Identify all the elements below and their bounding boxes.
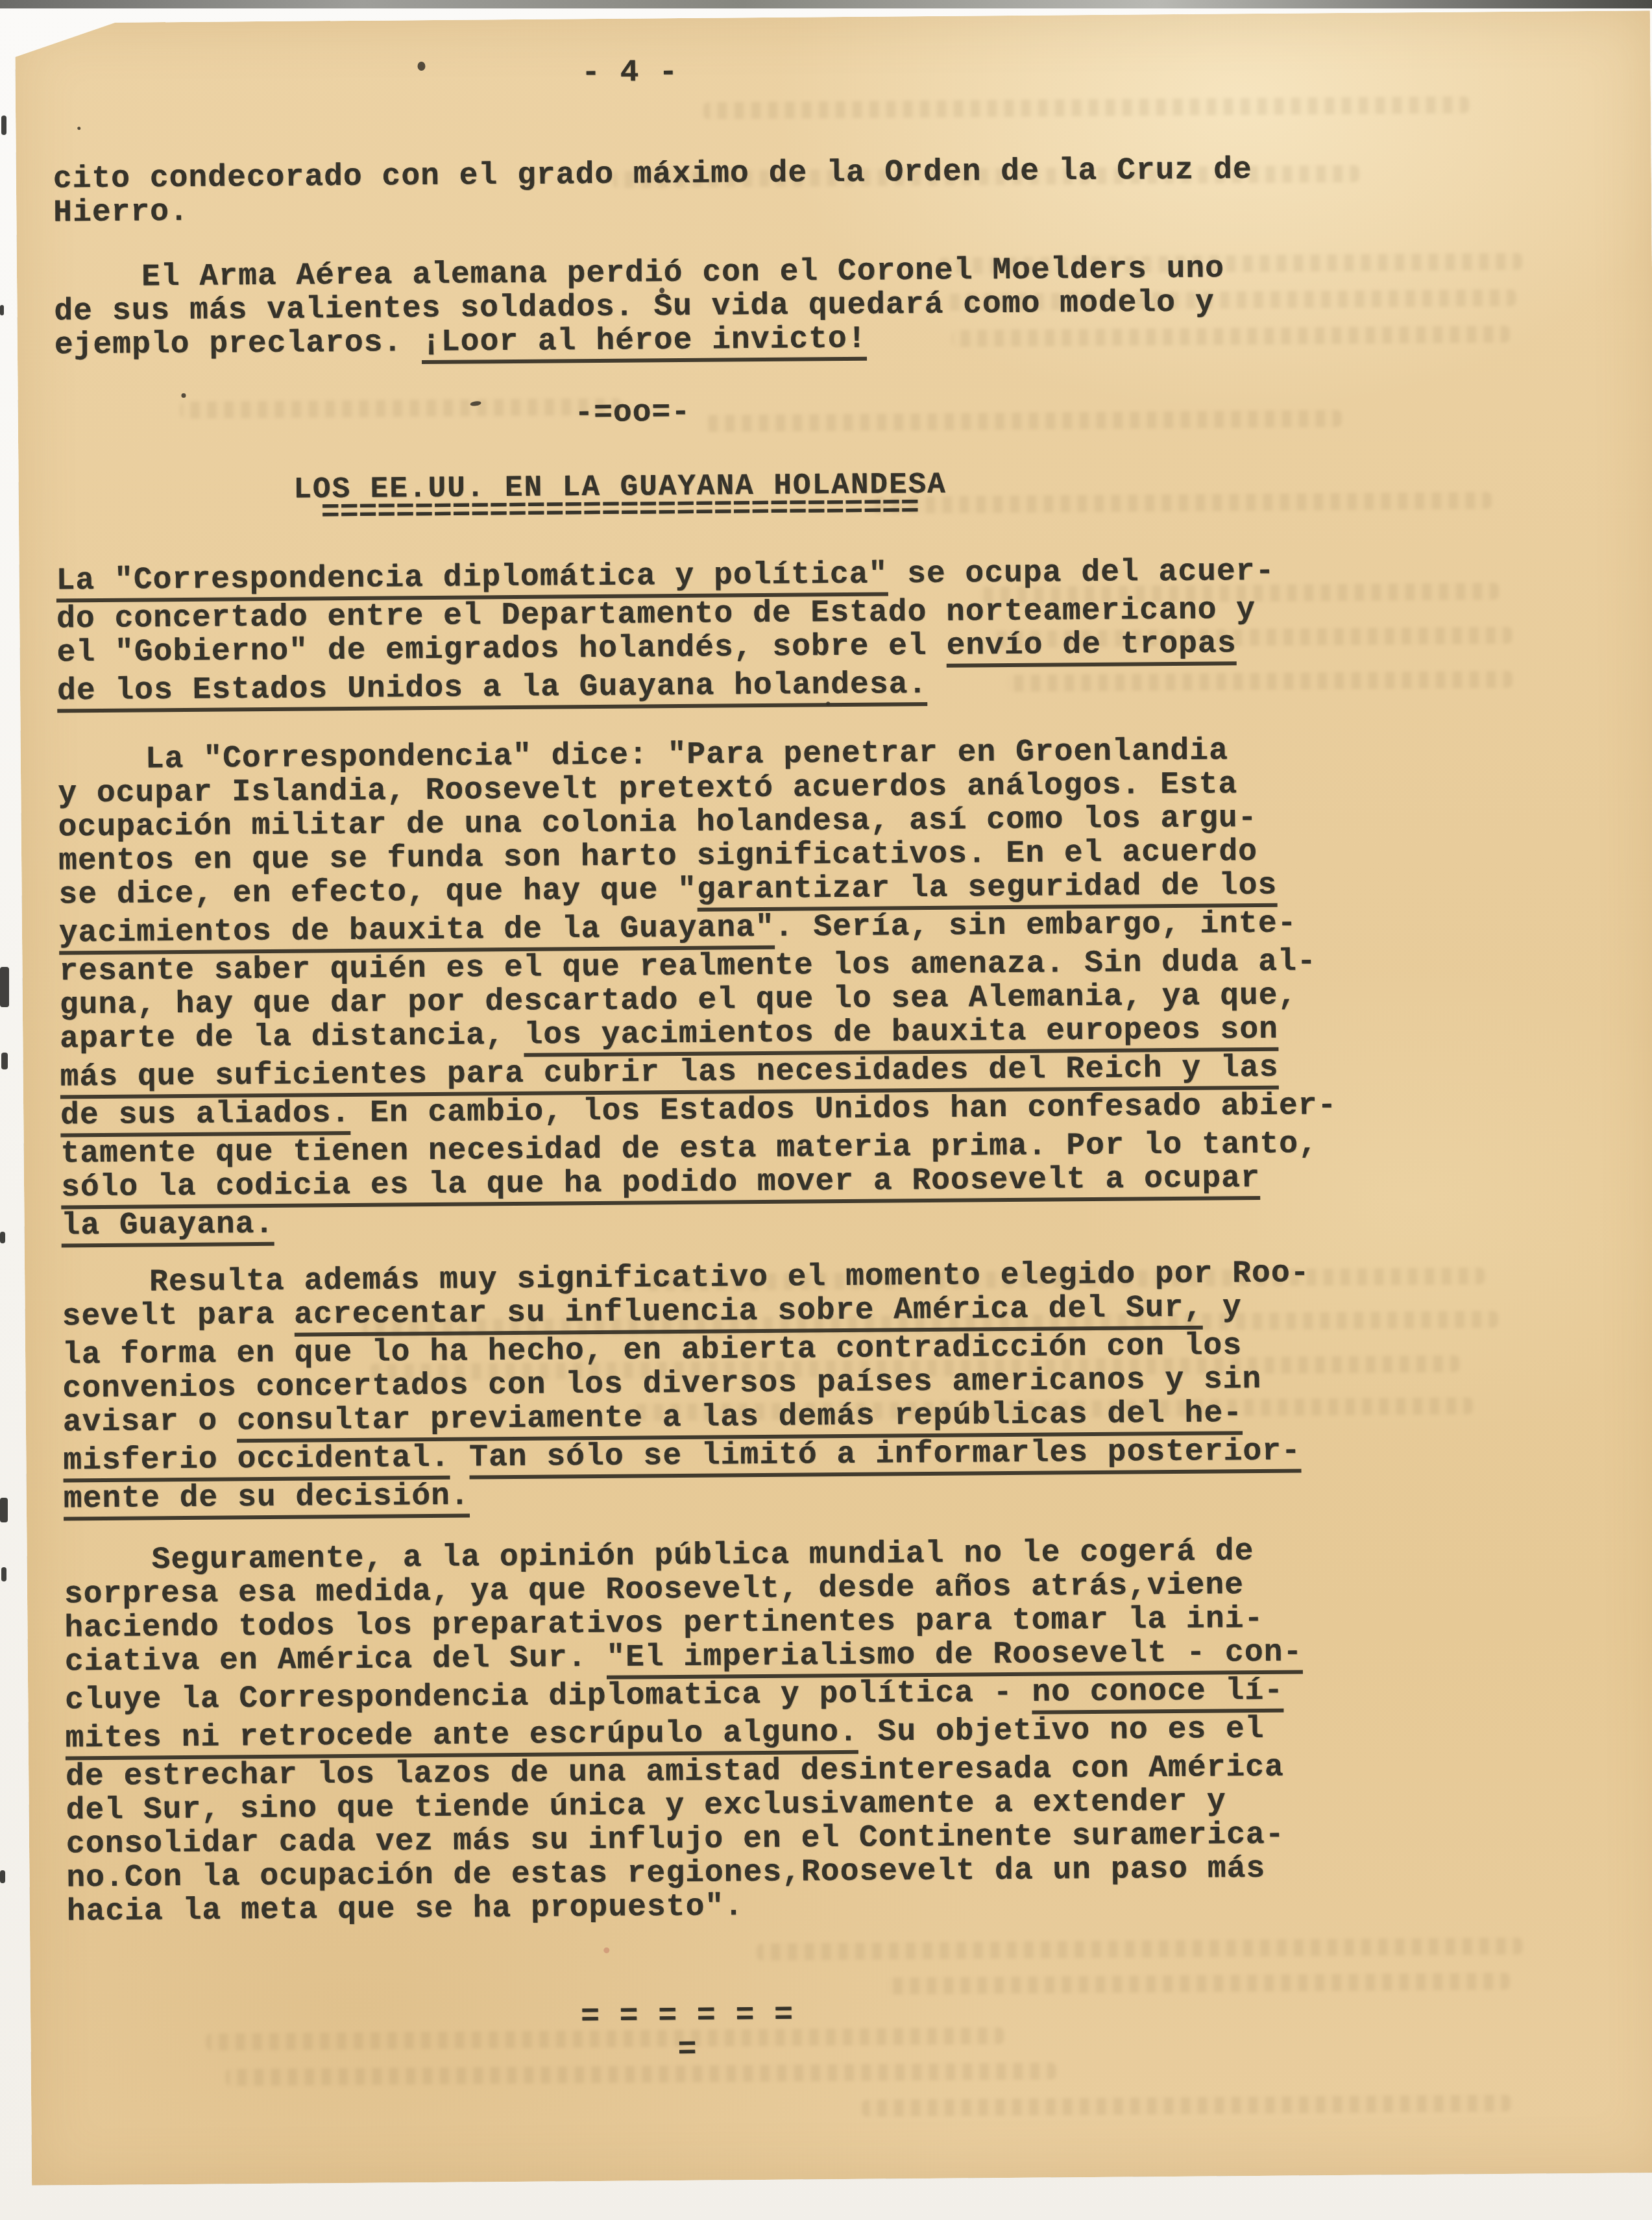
underlined-text: de los Estados Unidos a la Guayana holan… <box>57 668 928 713</box>
underlined-text: garantizar la seguridad de los <box>697 869 1278 912</box>
text-line: de los Estados Unidos a la Guayana holan… <box>57 665 1329 713</box>
page-number: - 4 - <box>52 51 1324 94</box>
typewritten-content: - 4 - cito condecorado con el grado máxi… <box>15 13 1340 2072</box>
text-segment: avisar o <box>63 1404 237 1439</box>
underlined-text: mente de su decisión. <box>64 1480 470 1521</box>
underlined-text: los yacimientos de bauxita europeos son <box>524 1013 1278 1057</box>
text-segment: el "Gobierno" de emigrados holandés, sob… <box>56 629 946 670</box>
text-segment: ejemplo preclaros. <box>55 326 422 362</box>
text-segment: En cambio, los Estados Unidos han confes… <box>350 1089 1337 1130</box>
paragraph-seguramente: Seguramente, a la opinión pública mundia… <box>64 1534 1339 1929</box>
section-title-underline: ================================ <box>321 491 919 530</box>
scanner-edge-bar <box>0 0 1652 8</box>
underlined-text: Tan sólo se limitó a informarles posteri… <box>469 1434 1301 1479</box>
scanner-edge-mark <box>1 1567 6 1581</box>
page-number-label: - 4 - <box>581 56 678 90</box>
text-segment: ciativa en América del Sur. <box>65 1641 607 1679</box>
text-segment <box>450 1441 469 1475</box>
paragraph-arma-aerea: El Arma Aérea alemana perdió con el Coro… <box>54 251 1326 367</box>
text-segment: y <box>1203 1291 1242 1324</box>
paragraph-correspondencia-dice: La "Correspondencia" dice: "Para penetra… <box>58 733 1333 1247</box>
text-segment: sevelt para <box>62 1299 294 1334</box>
text-line: ejemplo preclaros. ¡Loor al héroe invict… <box>55 319 1326 367</box>
text-line: la Guayana. <box>61 1199 1333 1247</box>
scanned-document-page: - 4 - cito condecorado con el grado máxi… <box>0 0 1652 2220</box>
underlined-text: "El imperialismo de Roosevelt - con- <box>606 1635 1302 1679</box>
scanner-edge-mark <box>0 1870 5 1883</box>
underlined-text: de sus aliados. <box>60 1097 351 1138</box>
text-segment: hacia la meta que se ha propuesto". <box>67 1890 744 1929</box>
text-segment: Su objetivo no es el <box>858 1713 1264 1750</box>
underlined-text: la Guayana. <box>61 1208 274 1248</box>
underlined-text: ¡Loor al héroe invicto! <box>422 323 867 364</box>
underlined-text: misferio occidental. <box>63 1441 450 1483</box>
scanner-edge-mark <box>1 116 6 135</box>
section-separator: -=oo=- <box>55 391 1327 434</box>
scanner-edge-mark <box>0 305 4 315</box>
underlined-text: yacimientos de bauxita de la Guayana" <box>59 911 775 955</box>
bleedthrough-line <box>862 2095 1511 2117</box>
text-segment: se dice, en efecto, que hay que " <box>58 873 697 912</box>
paragraph-resulta-ademas: Resulta además muy significativo el mome… <box>62 1256 1335 1520</box>
separator-mark: -=oo=- <box>574 396 690 430</box>
underlined-text: mites ni retrocede ante escrúpulo alguno… <box>66 1716 858 1761</box>
underlined-text: no conoce lí- <box>1032 1674 1283 1714</box>
scanner-edge-mark <box>1 1053 8 1069</box>
text-line: mente de su decisión. <box>64 1472 1335 1520</box>
paragraph-cruz-de-hierro: cito condecorado con el grado máximo de … <box>53 152 1326 230</box>
paper-sheet: - 4 - cito condecorado con el grado máxi… <box>15 10 1652 2186</box>
underlined-text: envío de tropas <box>946 627 1237 668</box>
paragraph-acuerdo: La "Correspondencia diplomática y políti… <box>56 554 1330 713</box>
section-heading: LOS EE.UU. EN LA GUAYANA HOLANDESA =====… <box>55 465 1328 531</box>
end-mark-single: = <box>677 2033 697 2067</box>
text-segment: Hierro. <box>53 195 189 230</box>
end-mark-row: = = = = = = <box>581 1999 794 2034</box>
scanner-edge-mark <box>0 1232 5 1243</box>
scanner-edge-mark <box>0 1498 8 1522</box>
text-segment: cluye la Correspondencia diplomatica y p… <box>65 1676 1032 1718</box>
text-segment: aparte de la distancia, <box>60 1019 524 1056</box>
text-segment: . Sería, sin embargo, inte- <box>775 907 1297 944</box>
text-segment: se ocupa del acuer- <box>888 555 1274 592</box>
scanner-edge-mark <box>0 967 9 1007</box>
